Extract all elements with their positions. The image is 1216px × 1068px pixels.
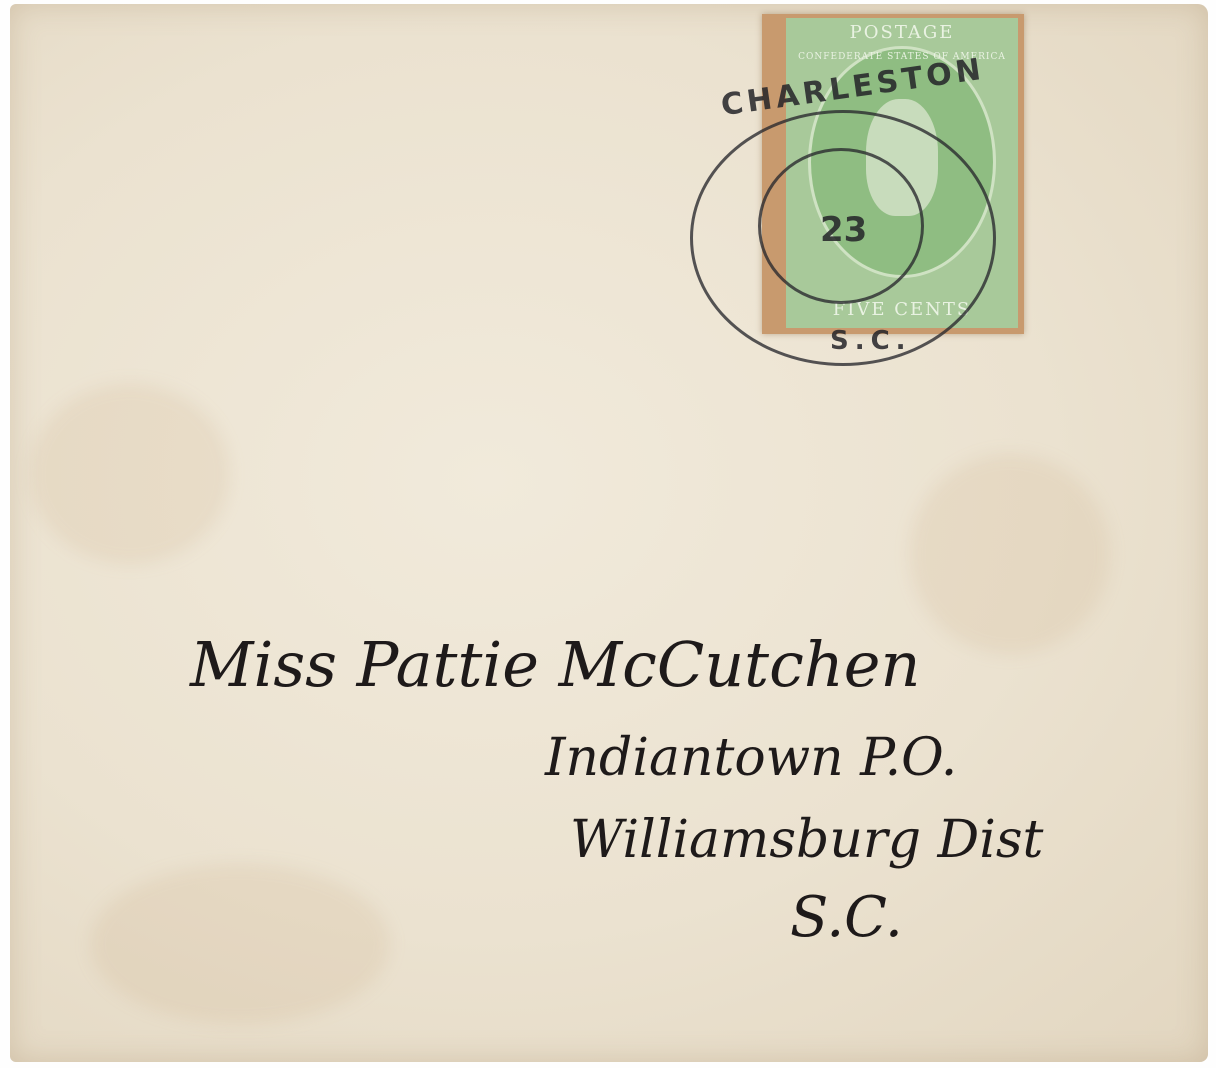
postmark-state: S.C. [830, 326, 912, 356]
postmark-date: 23 [820, 210, 867, 250]
address-state: S.C. [790, 885, 903, 950]
address-district: Williamsburg Dist [570, 810, 1043, 870]
stamp-top-text: POSTAGE [786, 22, 1018, 43]
address-recipient: Miss Pattie McCutchen [190, 628, 920, 701]
envelope [10, 4, 1208, 1062]
address-post-office: Indiantown P.O. [545, 728, 957, 788]
